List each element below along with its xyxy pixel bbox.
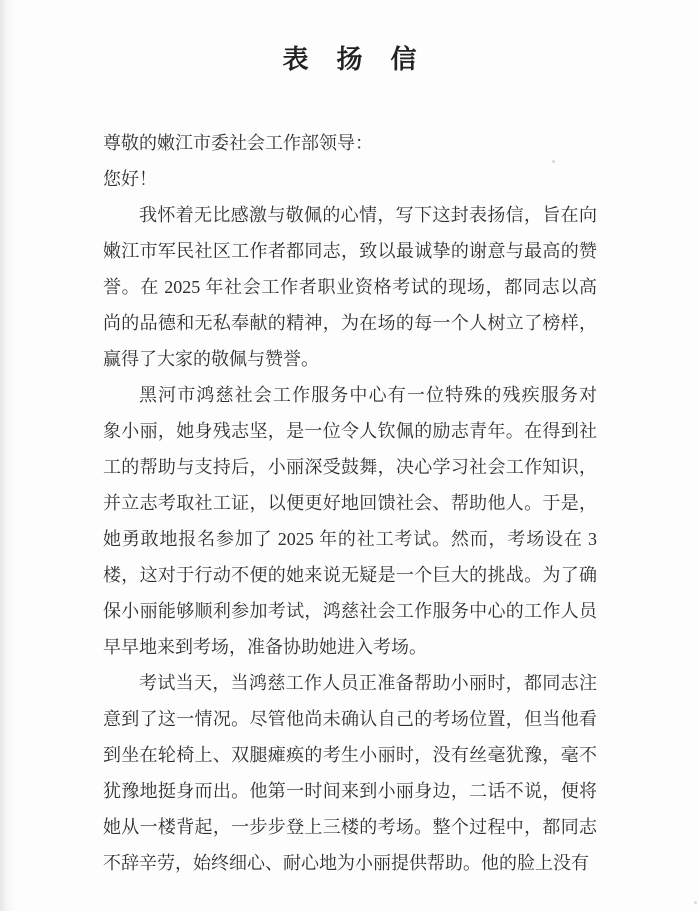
letter-content: 表 扬 信 尊敬的嫩江市委社会工作部领导： 您好！ 我怀着无比感激与敬佩的心情，… <box>103 44 597 881</box>
text-line: 楼，这对于行动不便的她来说无疑是一个巨大的挑战。为了确 <box>103 557 597 593</box>
text-line: 保小丽能够顺利参加考试，鸿慈社会工作服务中心的工作人员 <box>103 593 597 629</box>
text-line: 我怀着无比感激与敬佩的心情，写下这封表扬信，旨在向 <box>103 197 597 233</box>
paragraph-3: 考试当天，当鸿慈工作人员正准备帮助小丽时，都同志注意到了这一情况。尽管他尚未确认… <box>103 665 597 881</box>
text-line: 尚的品德和无私奉献的精神，为在场的每一个人树立了榜样， <box>103 305 597 341</box>
letter-title: 表 扬 信 <box>103 44 597 76</box>
text-line: 她勇敢地报名参加了 2025 年的社工考试。然而，考场设在 3 <box>103 521 597 557</box>
greeting: 您好！ <box>103 161 597 197</box>
text-line: 工的帮助与支持后，小丽深受鼓舞，决心学习社会工作知识， <box>103 449 597 485</box>
scanned-letter-page: 表 扬 信 尊敬的嫩江市委社会工作部领导： 您好！ 我怀着无比感激与敬佩的心情，… <box>0 0 699 911</box>
text-line: 并立志考取社工证，以便更好地回馈社会、帮助他人。于是， <box>103 485 597 521</box>
scan-speck <box>552 160 555 163</box>
paragraph-2: 黑河市鸿慈社会工作服务中心有一位特殊的残疾服务对象小丽，她身残志坚，是一位令人钦… <box>103 377 597 665</box>
text-line: 赢得了大家的敬佩与赞誉。 <box>103 341 597 377</box>
text-line: 她从一楼背起，一步步登上三楼的考场。整个过程中，都同志 <box>103 809 597 845</box>
text-line: 考试当天，当鸿慈工作人员正准备帮助小丽时，都同志注 <box>103 665 597 701</box>
text-line: 不辞辛劳，始终细心、耐心地为小丽提供帮助。他的脸上没有 <box>103 845 597 881</box>
text-line: 誉。在 2025 年社会工作者职业资格考试的现场，都同志以高 <box>103 269 597 305</box>
text-line: 象小丽，她身残志坚，是一位令人钦佩的励志青年。在得到社 <box>103 413 597 449</box>
text-line: 意到了这一情况。尽管他尚未确认自己的考场位置，但当他看 <box>103 701 597 737</box>
text-line: 早早地来到考场，准备协助她进入考场。 <box>103 629 597 665</box>
salutation: 尊敬的嫩江市委社会工作部领导： <box>103 125 597 161</box>
scan-speck <box>694 901 697 904</box>
text-line: 到坐在轮椅上、双腿瘫痪的考生小丽时，没有丝毫犹豫，毫不 <box>103 737 597 773</box>
paragraph-1: 我怀着无比感激与敬佩的心情，写下这封表扬信，旨在向嫩江市军民社区工作者都同志，致… <box>103 197 597 377</box>
text-line: 黑河市鸿慈社会工作服务中心有一位特殊的残疾服务对 <box>103 377 597 413</box>
text-line: 犹豫地挺身而出。他第一时间来到小丽身边，二话不说，便将 <box>103 773 597 809</box>
text-line: 嫩江市军民社区工作者都同志，致以最诚挚的谢意与最高的赞 <box>103 233 597 269</box>
